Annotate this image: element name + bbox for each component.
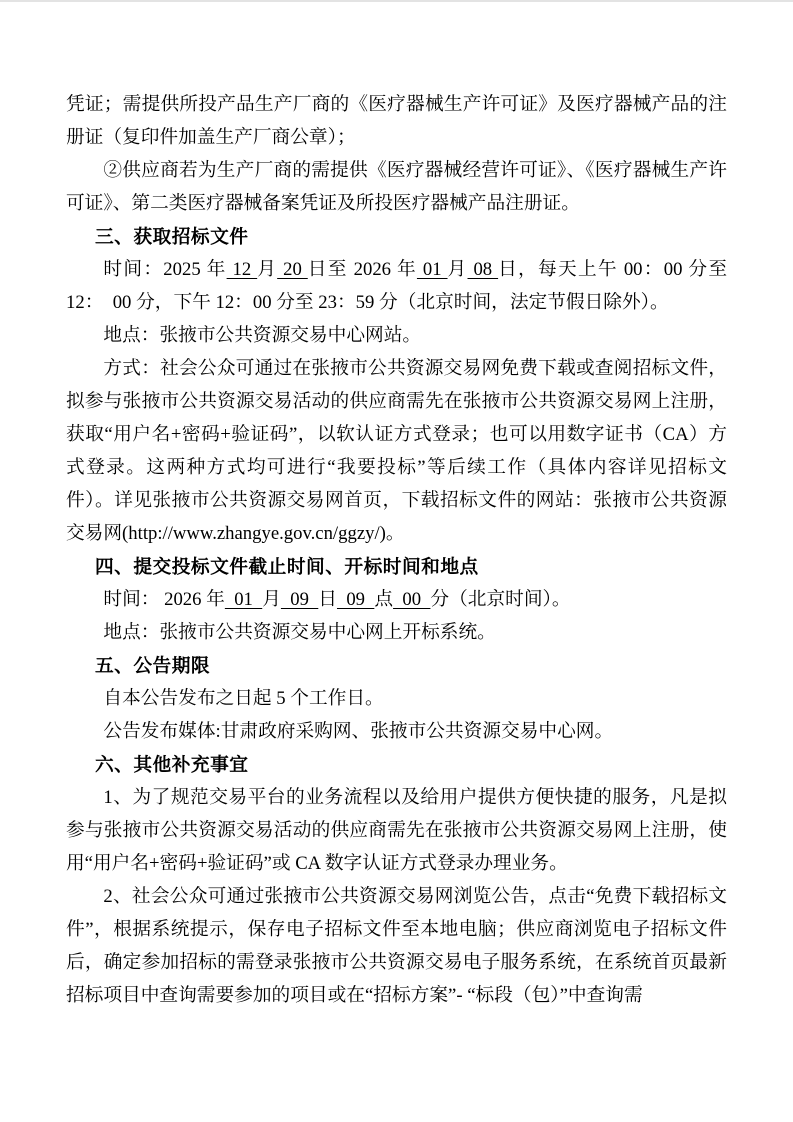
paragraph: 方式：社会公众可通过在张掖市公共资源交易网免费下载或查阅招标文件，拟参与张掖市公… xyxy=(66,352,727,550)
section-heading: 三、获取招标文件 xyxy=(66,220,727,253)
underlined-blank-value: 09 xyxy=(281,589,318,610)
text-run: 五、公告期限 xyxy=(95,655,210,676)
text-run: 1、为了规范交易平台的业务流程以及给用户提供方便快捷的服务，凡是拟参与张掖市公共… xyxy=(66,787,727,874)
text-run: 方式：社会公众可通过在张掖市公共资源交易网免费下载或查阅招标文件，拟参与张掖市公… xyxy=(66,358,727,544)
underlined-blank-value: 01 xyxy=(417,259,448,280)
paragraph: 时间： 2026 年 01 月 09 日 09 点 00 分（北京时间）。 xyxy=(66,583,727,616)
paragraph: 1、为了规范交易平台的业务流程以及给用户提供方便快捷的服务，凡是拟参与张掖市公共… xyxy=(66,781,727,880)
text-run: 月 xyxy=(448,259,468,280)
paragraph: 地点：张掖市公共资源交易中心网上开标系统。 xyxy=(66,616,727,649)
section-heading: 四、提交投标文件截止时间、开标时间和地点 xyxy=(66,550,727,583)
section-heading: 六、其他补充事宜 xyxy=(66,748,727,781)
text-run: 2、社会公众可通过张掖市公共资源交易网浏览公告，点击“免费下载招标文件”，根据系… xyxy=(66,886,727,1006)
text-run: 公告发布媒体:甘肃政府采购网、张掖市公共资源交易中心网。 xyxy=(103,721,613,742)
text-run: 分（北京时间）。 xyxy=(430,589,570,610)
text-run: 地点：张掖市公共资源交易中心网上开标系统。 xyxy=(103,622,495,643)
paragraph: 自本公告发布之日起 5 个工作日。 xyxy=(66,682,727,715)
text-run: ②供应商若为生产厂商的需提供《医疗器械经营许可证》、《医疗器械生产许可证》、第二… xyxy=(66,160,727,214)
text-run: 月 xyxy=(262,589,281,610)
text-run: 时间： 2026 年 xyxy=(103,589,224,610)
paragraph: 地点：张掖市公共资源交易中心网站。 xyxy=(66,319,727,352)
text-run: 月 xyxy=(257,259,277,280)
underlined-blank-value: 01 xyxy=(225,589,262,610)
text-run: 三、获取招标文件 xyxy=(95,226,249,247)
underlined-blank-value: 09 xyxy=(337,589,374,610)
text-run: 日 xyxy=(318,589,337,610)
paragraph: 凭证；需提供所投产品生产厂商的《医疗器械生产许可证》及医疗器械产品的注册证（复印… xyxy=(66,88,727,154)
text-run: 点 xyxy=(374,589,393,610)
text-run: 日至 2026 年 xyxy=(308,259,417,280)
section-heading: 五、公告期限 xyxy=(66,649,727,682)
text-run: 自本公告发布之日起 5 个工作日。 xyxy=(103,688,383,709)
document-body: 凭证；需提供所投产品生产厂商的《医疗器械生产许可证》及医疗器械产品的注册证（复印… xyxy=(66,88,727,1012)
underlined-blank-value: 00 xyxy=(393,589,430,610)
text-run: 地点：张掖市公共资源交易中心网站。 xyxy=(103,325,421,346)
paragraph: ②供应商若为生产厂商的需提供《医疗器械经营许可证》、《医疗器械生产许可证》、第二… xyxy=(66,154,727,220)
text-run: 时间：2025 年 xyxy=(103,259,226,280)
text-run: 凭证；需提供所投产品生产厂商的《医疗器械生产许可证》及医疗器械产品的注册证（复印… xyxy=(66,94,727,148)
underlined-blank-value: 20 xyxy=(277,259,308,280)
underlined-blank-value: 08 xyxy=(468,259,499,280)
text-run: 四、提交投标文件截止时间、开标时间和地点 xyxy=(95,556,479,577)
paragraph: 2、社会公众可通过张掖市公共资源交易网浏览公告，点击“免费下载招标文件”，根据系… xyxy=(66,880,727,1012)
underlined-blank-value: 12 xyxy=(227,259,258,280)
text-run: 六、其他补充事宜 xyxy=(95,754,249,775)
document-page: 凭证；需提供所投产品生产厂商的《医疗器械生产许可证》及医疗器械产品的注册证（复印… xyxy=(0,0,793,1122)
paragraph: 时间：2025 年 12 月 20 日至 2026 年 01 月 08 日，每天… xyxy=(66,253,727,319)
paragraph: 公告发布媒体:甘肃政府采购网、张掖市公共资源交易中心网。 xyxy=(66,715,727,748)
